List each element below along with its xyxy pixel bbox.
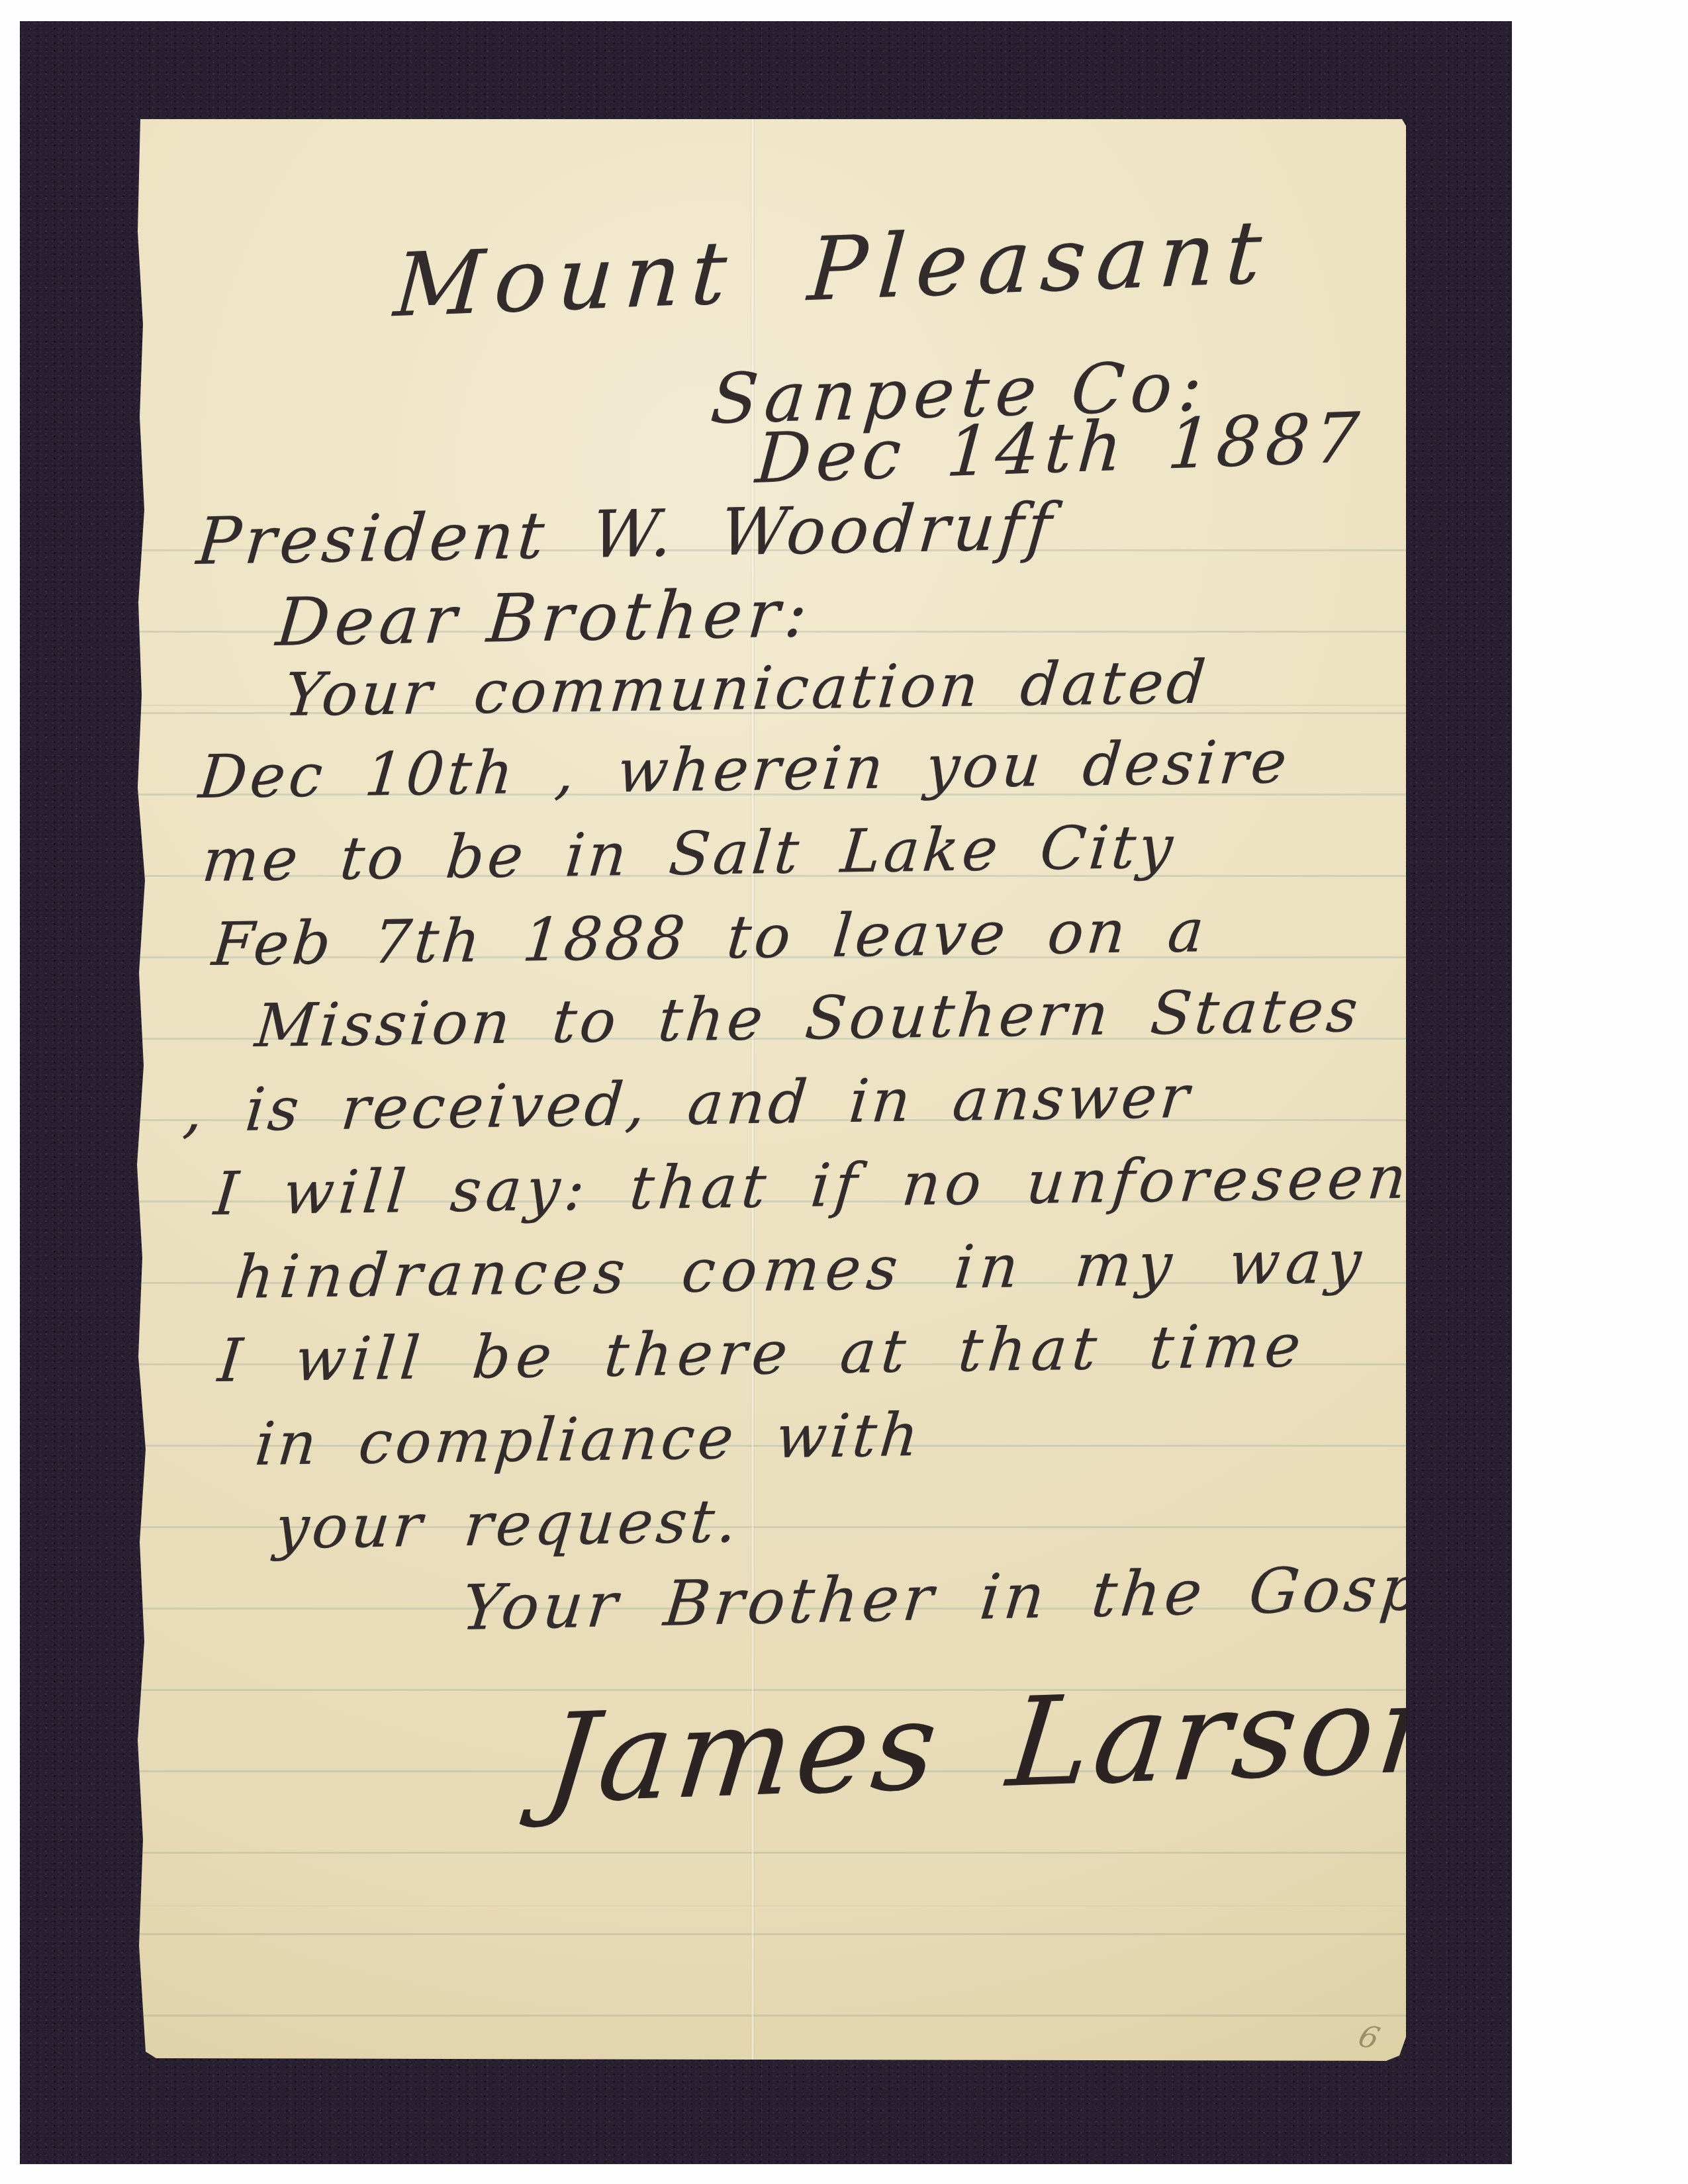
body-line: I will be there at that time (215, 1311, 1309, 1396)
body-line: Feb 7th 1888 to leave on a (209, 896, 1210, 979)
recipient-line: President W. Woodruff (194, 489, 1058, 580)
scanned-letter-page: Mount Pleasant Sanpete Co: Dec 14th 1887… (0, 0, 1688, 2184)
corner-curl-mark: 6 (1354, 2018, 1383, 2056)
letter-paper: Mount Pleasant Sanpete Co: Dec 14th 1887… (136, 119, 1406, 2061)
salutation-line: Dear Brother: (273, 574, 816, 661)
body-line: Your communication dated (281, 647, 1211, 730)
body-line: Mission to the Southern States (252, 976, 1364, 1061)
closing-line: Your Brother in the Gospel (458, 1551, 1492, 1645)
body-line: your request. (272, 1486, 743, 1563)
mat-board-background: Mount Pleasant Sanpete Co: Dec 14th 1887… (20, 21, 1512, 2164)
horizontal-crease (136, 1905, 1406, 1907)
body-line: , is received, and in answer (181, 1062, 1195, 1146)
body-line: I will say: that if no unforeseen (211, 1143, 1414, 1229)
signature: James Larson (539, 1655, 1469, 1831)
body-line: in compliance with (252, 1400, 925, 1479)
body-line: me to be in Salt Lake City (199, 812, 1179, 895)
body-line: Dec 10th , wherein you desire (196, 727, 1293, 812)
heading-place: Mount Pleasant (391, 201, 1275, 337)
body-line: hindrances comes in my way (232, 1227, 1370, 1312)
